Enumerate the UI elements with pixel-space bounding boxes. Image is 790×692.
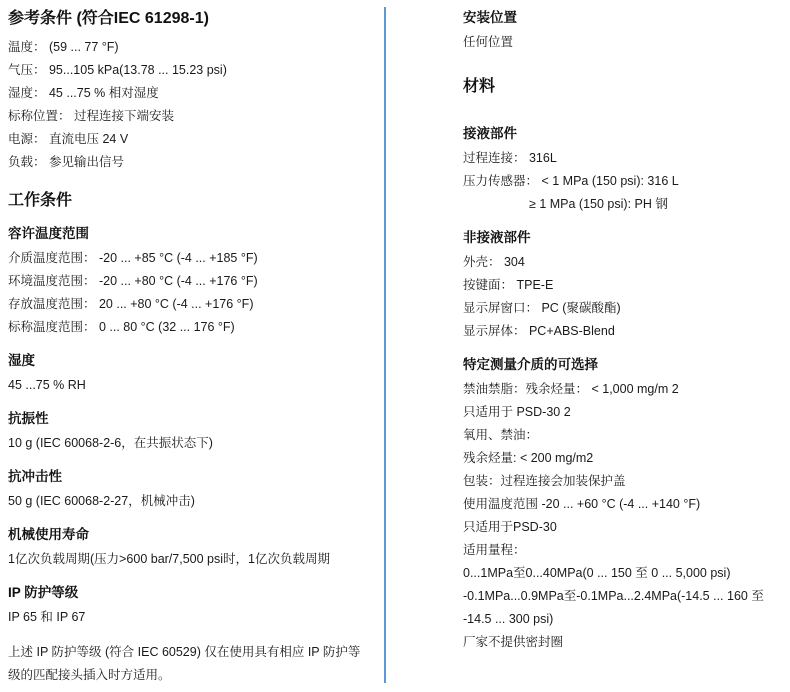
spec-line-pressure-sensor-cont: ≥ 1 MPa (150 psi): PH 钢 (463, 193, 765, 216)
datasheet-page: 参考条件 (符合IEC 61298-1) 温度： (59 ... 77 °F) … (0, 0, 790, 687)
spec-line-oil-grease-free: 禁油禁脂：残余烃量： < 1,000 mg/m 2 (463, 378, 765, 401)
spec-line-load: 负载： 参见输出信号 (8, 151, 372, 174)
spec-line-ip-rating: IP 65 和 IP 67 (8, 606, 372, 629)
ip-rating-note: 上述 IP 防护等级 (符合 IEC 60529) 仅在使用具有相应 IP 防护… (8, 641, 372, 687)
spec-line-humidity: 湿度： 45 ...75 % 相对湿度 (8, 82, 372, 105)
ip-rating-heading: IP 防护等级 (8, 583, 372, 603)
spec-line-keypad: 按键面： TPE-E (463, 274, 765, 297)
spec-line-oxygen-oil-free: 氧用、禁油： (463, 424, 765, 447)
reference-conditions-heading: 参考条件 (符合IEC 61298-1) (8, 8, 372, 30)
mounting-position-heading: 安装位置 (463, 8, 765, 28)
shock-resistance-heading: 抗冲击性 (8, 467, 372, 487)
spec-line-range-2: -0.1MPa...0.9MPa至-0.1MPa...2.4MPa(-14.5 … (463, 585, 765, 631)
materials-heading: 材料 (463, 76, 765, 98)
spec-line-packaging: 包装：过程连接会加装保护盖 (463, 470, 765, 493)
spec-line-power-supply: 电源： 直流电压 24 V (8, 128, 372, 151)
spec-line-medium-temp: 介质温度范围： -20 ... +85 °C (-4 ... +185 °F) (8, 247, 372, 270)
spec-line-case: 外壳： 304 (463, 251, 765, 274)
mechanical-life-heading: 机械使用寿命 (8, 525, 372, 545)
spec-line-use-temp-range: 使用温度范围 -20 ... +60 °C (-4 ... +140 °F) (463, 493, 765, 516)
media-options-heading: 特定测量介质的可选择 (463, 355, 765, 375)
right-column: 安装位置 任何位置 材料 接液部件 过程连接： 316L 压力传感器： < 1 … (463, 0, 765, 654)
spec-line-applicable-range-label: 适用量程： (463, 539, 765, 562)
spec-line-shock: 50 g (IEC 60068-2-27，机械冲击) (8, 490, 372, 513)
spec-line-mounting: 任何位置 (463, 31, 765, 54)
spec-line-process-connection: 过程连接： 316L (463, 147, 765, 170)
wetted-parts-heading: 接液部件 (463, 124, 765, 144)
spec-line-vibration: 10 g (IEC 60068-2-6，在共振状态下) (8, 432, 372, 455)
humidity-heading: 湿度 (8, 351, 372, 371)
spec-line-display-window: 显示屏窗口： PC (聚碳酸酯) (463, 297, 765, 320)
spec-line-display-body: 显示屏体： PC+ABS-Blend (463, 320, 765, 343)
non-wetted-parts-heading: 非接液部件 (463, 228, 765, 248)
spec-line-pressure-sensor: 压力传感器： < 1 MPa (150 psi): 316 L (463, 170, 765, 193)
spec-line-nominal-temp: 标称温度范围： 0 ... 80 °C (32 ... 176 °F) (8, 316, 372, 339)
temperature-range-heading: 容许温度范围 (8, 224, 372, 244)
spec-line-nominal-position: 标称位置： 过程连接下端安装 (8, 105, 372, 128)
spec-line-psd30-only-1: 只适用于 PSD-30 2 (463, 401, 765, 424)
spec-line-humidity-rh: 45 ...75 % RH (8, 374, 372, 397)
spec-line-temperature: 温度： (59 ... 77 °F) (8, 36, 372, 59)
vibration-resistance-heading: 抗振性 (8, 409, 372, 429)
column-divider (384, 7, 386, 683)
spec-line-ambient-temp: 环境温度范围： -20 ... +80 °C (-4 ... +176 °F) (8, 270, 372, 293)
spec-line-load-cycles: 1亿次负载周期(压力>600 bar/7,500 psi时，1亿次负载周期 (8, 548, 372, 571)
left-column: 参考条件 (符合IEC 61298-1) 温度： (59 ... 77 °F) … (0, 0, 384, 687)
spec-line-residual-hc: 残余烃量: < 200 mg/m2 (463, 447, 765, 470)
spec-line-range-1: 0...1MPa至0...40MPa(0 ... 150 至 0 ... 5,0… (463, 562, 765, 585)
spec-line-air-pressure: 气压： 95...105 kPa(13.78 ... 15.23 psi) (8, 59, 372, 82)
operating-conditions-heading: 工作条件 (8, 190, 372, 212)
spec-line-storage-temp: 存放温度范围： 20 ... +80 °C (-4 ... +176 °F) (8, 293, 372, 316)
spec-line-psd30-only-2: 只适用于PSD-30 (463, 516, 765, 539)
spec-line-no-seal: 厂家不提供密封圈 (463, 631, 765, 654)
